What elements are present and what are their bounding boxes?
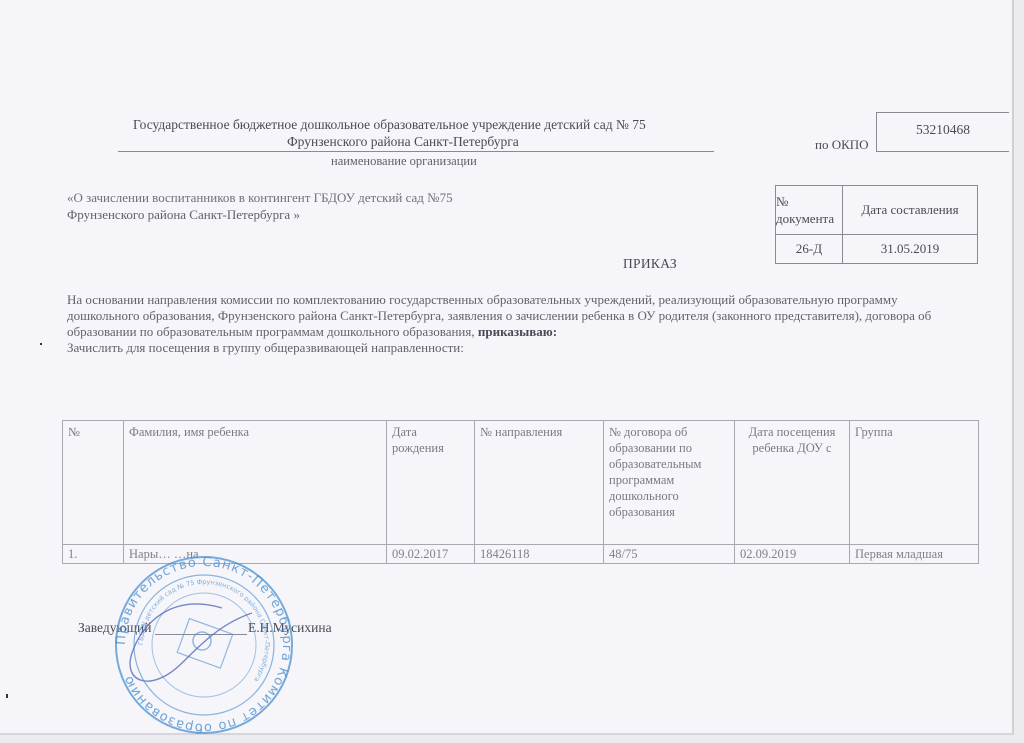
okpo-box: 53210468 (876, 112, 1009, 152)
document-page: Государственное бюджетное дошкольное обр… (0, 0, 1014, 735)
subject-line1: «О зачислении воспитанников в контингент… (67, 190, 453, 206)
body-paragraph-bold: приказываю: (478, 324, 557, 339)
subject-line2: Фрунзенского района Санкт-Петербурга » (67, 207, 300, 223)
header-attendance-date: Дата посещения ребенка ДОУ с (735, 421, 850, 545)
document-info-table: № документа Дата составления 26-Д 31.05.… (775, 185, 978, 264)
official-stamp-icon: Правительство Санкт-Петербурга Комитет п… (112, 553, 297, 738)
header-referral-number: № направления (475, 421, 604, 545)
doc-date-header: Дата составления (843, 186, 978, 235)
organization-name-line2: Фрунзенского района Санкт-Петербурга (287, 134, 519, 150)
cell-contract-number: 48/75 (604, 545, 735, 564)
doc-number-header: № документа (776, 186, 843, 235)
header-group: Группа (850, 421, 979, 545)
okpo-label: по ОКПО (815, 137, 869, 153)
scan-speck (40, 343, 42, 345)
header-number: № (63, 421, 124, 545)
organization-caption: наименование организации (331, 154, 477, 169)
header-birth-date: Дата рождения (387, 421, 475, 545)
header-contract-number: № договора об образовании по образовател… (604, 421, 735, 545)
cell-group: Первая младшая (850, 545, 979, 564)
cell-attendance-date: 02.09.2019 (735, 545, 850, 564)
scan-speck (6, 694, 8, 698)
doc-number-value: 26-Д (776, 235, 843, 264)
table-header-row: № Фамилия, имя ребенка Дата рождения № н… (63, 421, 979, 545)
body-text: На основании направления комиссии по ком… (67, 292, 967, 356)
organization-underline (118, 151, 714, 152)
enrollment-table: № Фамилия, имя ребенка Дата рождения № н… (62, 420, 979, 564)
organization-name-line1: Государственное бюджетное дошкольное обр… (133, 117, 646, 133)
cell-referral-number: 18426118 (475, 545, 604, 564)
document-title: ПРИКАЗ (623, 256, 677, 272)
header-child-name: Фамилия, имя ребенка (124, 421, 387, 545)
okpo-value: 53210468 (877, 122, 1009, 138)
enroll-line: Зачислить для посещения в группу общераз… (67, 340, 464, 355)
cell-birth-date: 09.02.2017 (387, 545, 475, 564)
doc-date-value: 31.05.2019 (843, 235, 978, 264)
